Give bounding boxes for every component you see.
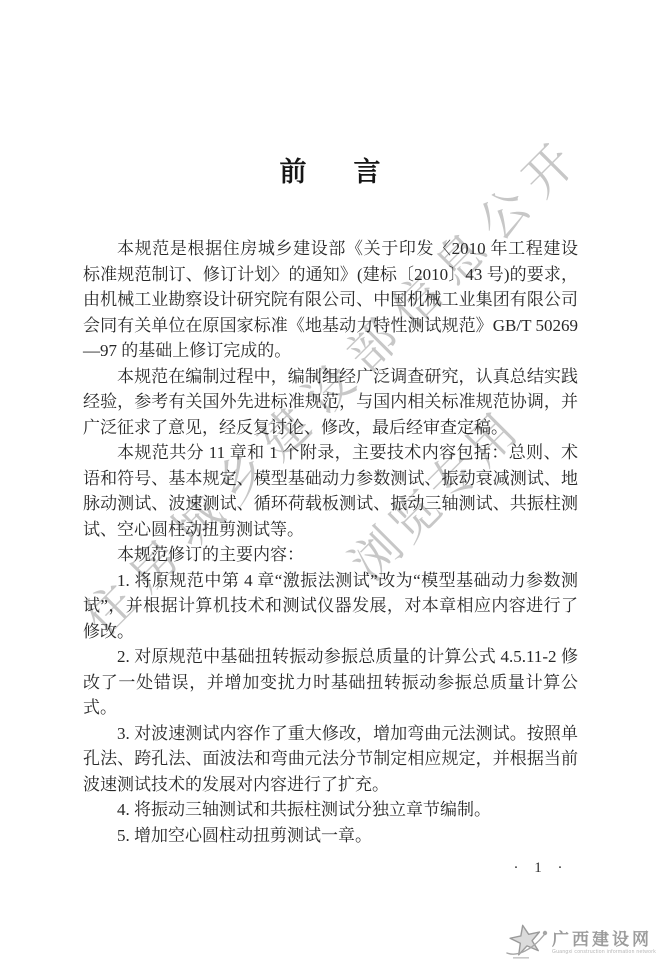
paragraph: 4. 将振动三轴测试和共振柱测试分独立章节编制。 [83, 797, 578, 823]
paragraph: 5. 增加空心圆柱动扭剪测试一章。 [83, 823, 578, 849]
paragraph: 本规范在编制过程中，编制组经广泛调查研究，认真总结实践经验，参考有关国外先进标准… [83, 364, 578, 441]
paragraph: 本规范共分 11 章和 1 个附录，主要技术内容包括：总则、术语和符号、基本规定… [83, 440, 578, 542]
logo-name: 广西建设网 [552, 930, 656, 949]
paragraph: 2. 对原规范中基础扭转振动参振总质量的计算公式 4.5.11-2 修改了一处错… [83, 644, 578, 721]
paragraph: 1. 将原规范中第 4 章“激振法测试”改为“模型基础动力参数测试”，并根据计算… [83, 568, 578, 645]
page-title: 前 言 [0, 150, 660, 189]
page-number: · 1 · [498, 860, 578, 877]
logo-tagline: Guangxi construction information network [552, 949, 656, 955]
site-logo: 广西建设网 Guangxi construction information n… [504, 922, 656, 962]
star-swoosh-icon [504, 922, 550, 962]
paragraph: 本规范修订的主要内容： [83, 542, 578, 568]
document-body: 本规范是根据住房城乡建设部《关于印发〈2010 年工程建设标准规范制订、修订计划… [83, 236, 578, 848]
document-page: 住房城乡建设部信息公开 浏览专用 前 言 本规范是根据住房城乡建设部《关于印发〈… [0, 0, 660, 969]
paragraph: 本规范是根据住房城乡建设部《关于印发〈2010 年工程建设标准规范制订、修订计划… [83, 236, 578, 364]
paragraph: 3. 对波速测试内容作了重大修改，增加弯曲元法测试。按照单孔法、跨孔法、面波法和… [83, 721, 578, 798]
